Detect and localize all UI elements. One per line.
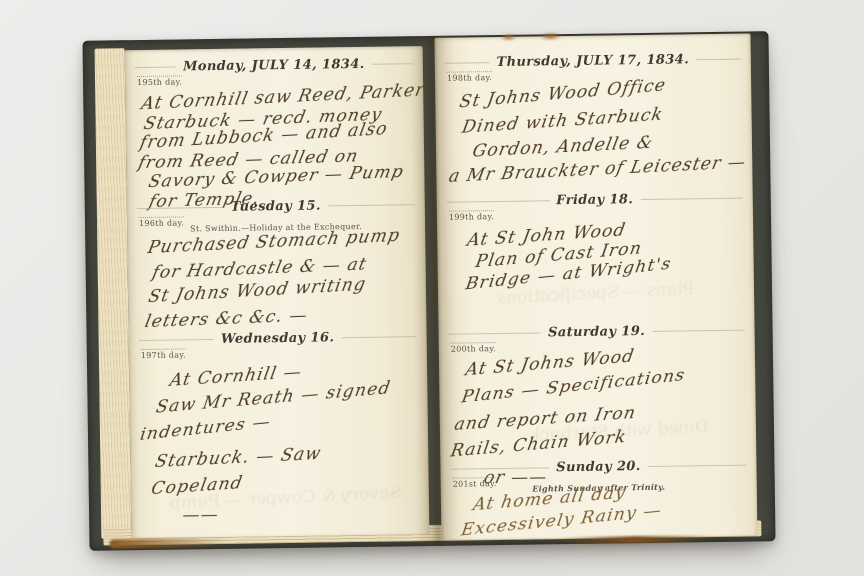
entry-thursday-july-17: Thursday, JULY 17, 1834. 198th day. St J…: [435, 51, 753, 188]
entry-date-heading: Tuesday 15.: [231, 199, 321, 215]
entry-date-heading: Sunday 20.: [556, 459, 641, 475]
diary-book: Monday, JULY 14, 1834. 195th day. At Cor…: [82, 31, 775, 551]
right-page: Thursday, JULY 17, 1834. 198th day. St J…: [434, 33, 757, 539]
header-rule: [648, 465, 747, 467]
day-of-year-label: 199th day.: [449, 210, 494, 222]
handwritten-entry: St Johns Wood Office Dined with Starbuck…: [445, 87, 742, 189]
entry-date-heading: Thursday, JULY 17, 1834.: [496, 52, 689, 70]
handwritten-entry: At Cornhill saw Reed, Parker Starbuck — …: [135, 91, 415, 212]
header-rule: [445, 62, 490, 64]
left-page: Monday, JULY 14, 1834. 195th day. At Cor…: [125, 46, 430, 538]
header-rule: [135, 67, 176, 69]
entry-date-heading: Wednesday 16.: [221, 330, 335, 347]
entry-date-heading: Saturday 19.: [548, 324, 645, 340]
day-of-year-label: 200th day.: [451, 342, 496, 354]
day-of-year-label: 201st day.: [453, 477, 497, 489]
header-rule: [137, 207, 224, 209]
header-rule: [341, 336, 416, 338]
entry-monday-july-14: Monday, JULY 14, 1834. 195th day. At Cor…: [125, 56, 425, 212]
header-rule: [372, 63, 413, 65]
day-of-year-label: 197th day.: [141, 348, 186, 360]
entry-date-heading: Monday, JULY 14, 1834.: [183, 57, 365, 75]
header-rule: [328, 204, 415, 206]
header-rule: [652, 330, 744, 332]
photo-backdrop: Monday, JULY 14, 1834. 195th day. At Cor…: [0, 0, 864, 576]
header-rule: [640, 198, 743, 200]
header-rule: [449, 332, 541, 334]
entry-tuesday-15: Tuesday 15. 196th day. St. Swithin.—Holi…: [127, 197, 427, 334]
header-rule: [450, 467, 549, 469]
entry-date-heading: Friday 18.: [556, 192, 633, 208]
header-rule: [696, 59, 741, 61]
entry-friday-18: Friday 18. 199th day. At St John Wood Pl…: [437, 190, 754, 295]
handwritten-entry: Purchased Stomach pump for Hardcastle & …: [137, 232, 416, 334]
day-of-year-label: 196th day.: [139, 216, 184, 228]
day-of-year-label: 198th day.: [447, 71, 492, 83]
header-rule: [139, 339, 214, 341]
day-of-year-label: 195th day.: [137, 75, 182, 87]
cover-wear-streak: [559, 535, 709, 544]
entry-sunday-20: Sunday 20. 201st day. Eighth Sunday afte…: [440, 457, 757, 542]
cover-wear-streak: [109, 538, 229, 549]
header-rule: [447, 200, 550, 202]
